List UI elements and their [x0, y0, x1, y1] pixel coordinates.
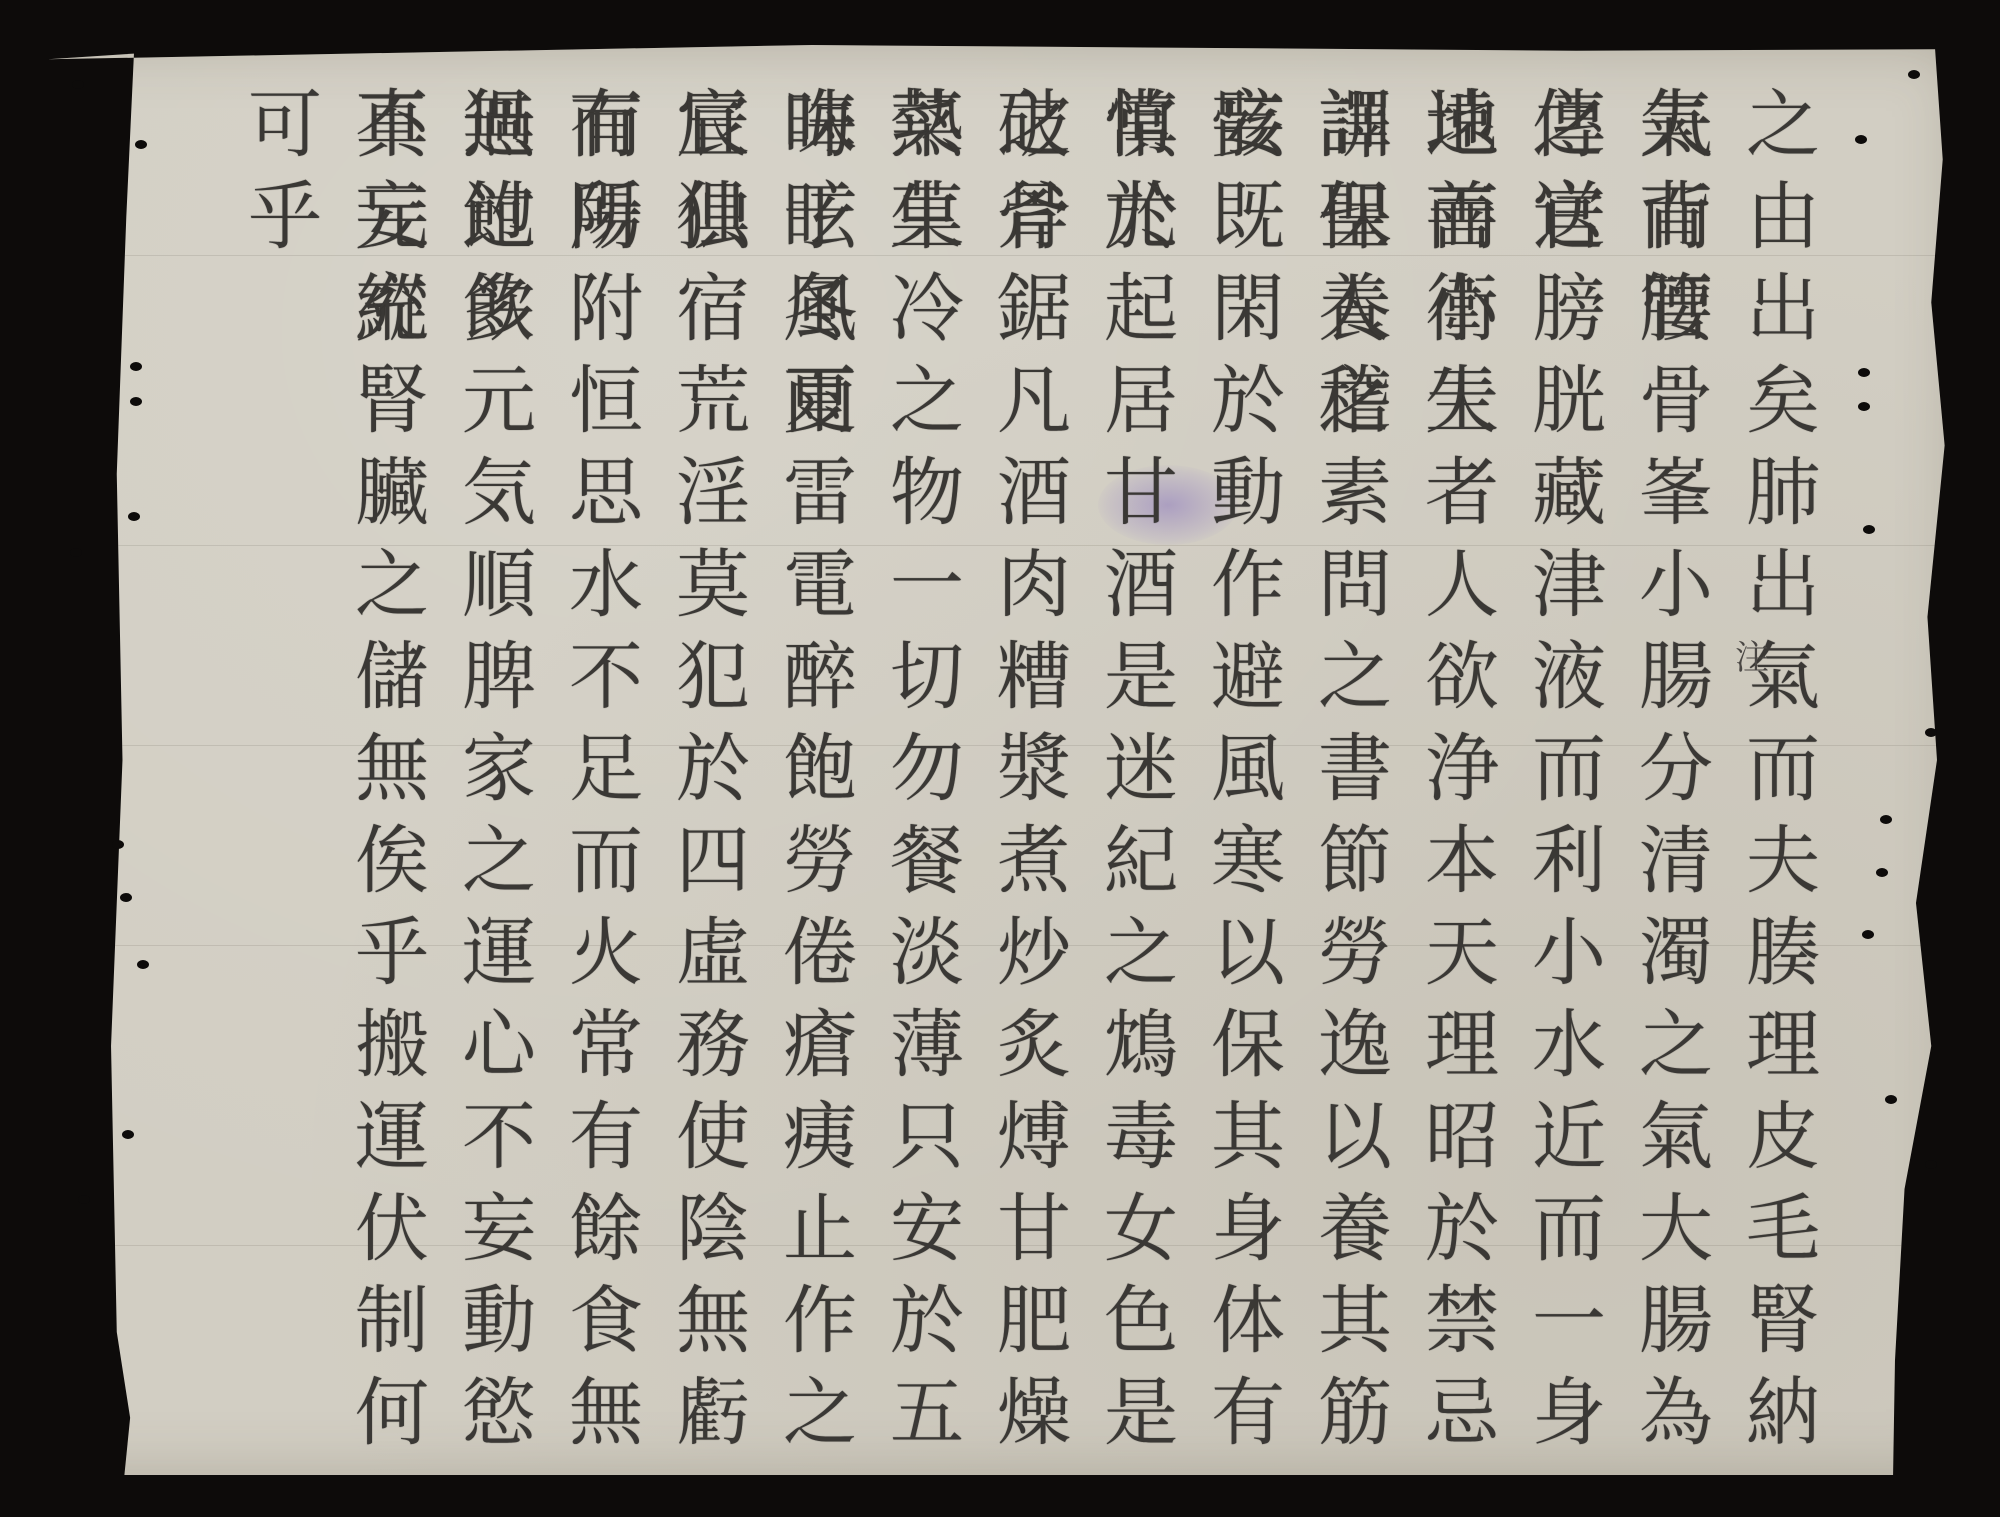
binding-hole	[128, 512, 140, 521]
binding-hole	[137, 960, 149, 969]
binding-hole	[1908, 70, 1920, 79]
text-columns: 之由出矣肺出氣而夫腠理皮毛腎納氣而管 夫背腰骨峯小腸分清濁之氣大腸為傳送 之官膀…	[332, 85, 1830, 1475]
binding-hole	[1925, 1160, 1937, 1169]
binding-hole	[120, 893, 132, 902]
manuscript-scan: 之由出矣肺出氣而夫腠理皮毛腎納氣而管 夫背腰骨峯小腸分清濁之氣大腸為傳送 之官膀…	[0, 0, 2000, 1517]
text-column-12: 有所附恒思水不足而火常有餘食無過飽飲	[546, 85, 653, 1475]
marginal-annotation: 注	[1735, 630, 1769, 679]
binding-hole	[70, 548, 82, 557]
text-column-7: 慎於起居甘酒是迷紀之鴆毒女色是破骨	[1081, 85, 1188, 1475]
binding-hole	[72, 80, 84, 89]
text-column-1: 之由出矣肺出氣而夫腠理皮毛腎納氣而管	[1723, 85, 1830, 1475]
binding-hole	[122, 1130, 134, 1139]
binding-hole	[1880, 815, 1892, 824]
binding-hole	[1925, 728, 1937, 737]
text-column-9: 菜生冷之物一切勿餐淡薄只安於五味于冬夏	[867, 85, 974, 1475]
text-column-8: 之斧鋸凡酒肉糟漿煮炒炙煿甘肥燥熱菓	[974, 85, 1081, 1475]
binding-hole	[1855, 135, 1867, 144]
text-column-11: 宜独宿荒淫莫犯於四虛務使陰無虧而陽	[653, 85, 760, 1475]
binding-hole	[1863, 525, 1875, 534]
binding-hole	[135, 140, 147, 149]
binding-hole	[130, 362, 142, 371]
binding-hole	[1858, 402, 1870, 411]
binding-hole	[1885, 1095, 1897, 1104]
binding-hole	[112, 840, 124, 849]
binding-hole	[1876, 868, 1888, 877]
binding-hole	[1862, 930, 1874, 939]
text-column-6: 妄既閑於動作避風寒以保其身体有常尤	[1188, 85, 1295, 1475]
binding-hole	[78, 1195, 90, 1204]
binding-hole	[1858, 368, 1870, 377]
text-column-3: 之官膀胱藏津液而利小水近而一身遠而小天	[1509, 85, 1616, 1475]
binding-hole	[130, 397, 142, 406]
